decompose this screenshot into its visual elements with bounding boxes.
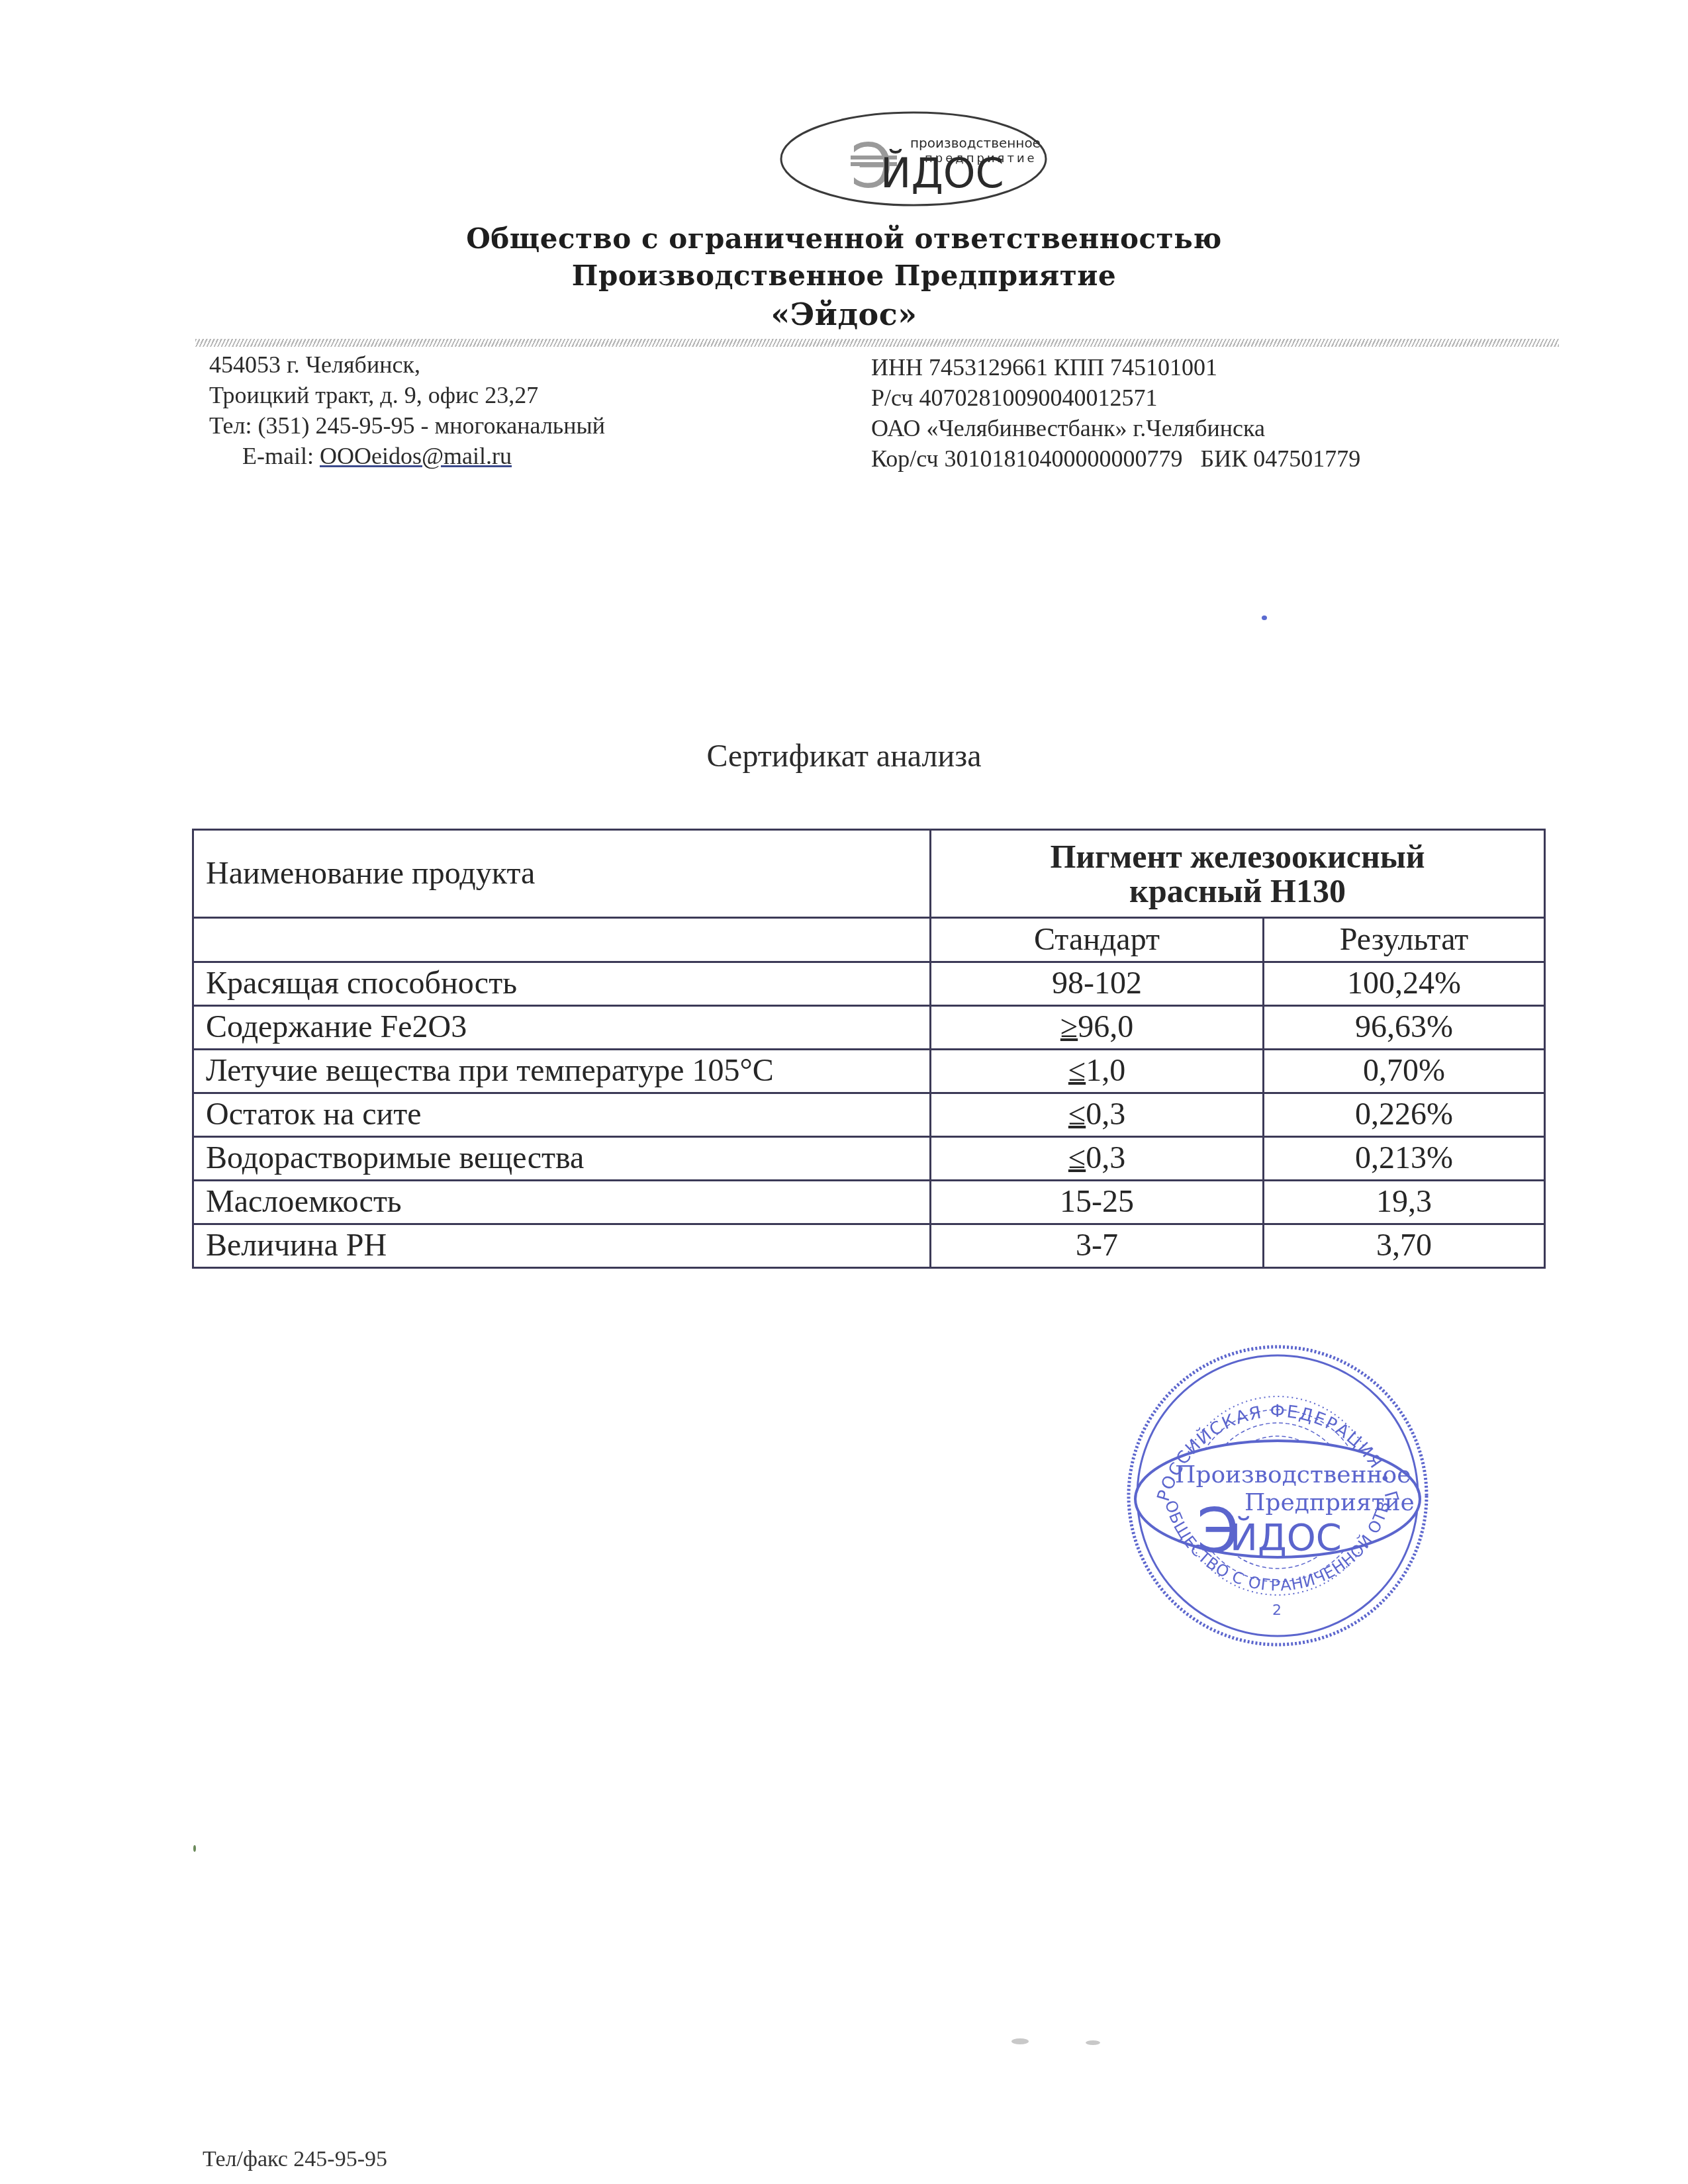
result-cell: 3,70 xyxy=(1264,1224,1545,1268)
result-cell: 19,3 xyxy=(1264,1181,1545,1224)
svg-text:Производственное: Производственное xyxy=(1175,1461,1411,1488)
standard-cell: ≤0,3 xyxy=(931,1137,1264,1181)
standard-value: 15-25 xyxy=(1060,1184,1134,1219)
company-logo: Э ЙДОС производственное предприятие xyxy=(778,109,1049,208)
parameter-cell: Содержание Fe2O3 xyxy=(193,1006,931,1050)
standard-cell: 98-102 xyxy=(931,962,1264,1006)
table-row: Остаток на сите≤0,30,226% xyxy=(193,1093,1545,1137)
email-label: E-mail: xyxy=(242,443,320,469)
parameter-cell: Летучие вещества при температуре 105°С xyxy=(193,1050,931,1093)
seal-stamp-icon: РОССИЙСКАЯ ФЕДЕРАЦИЯ • Г. ЧЕЛЯБИНСК ОБЩЕ… xyxy=(1119,1337,1436,1648)
standard-cell: 15-25 xyxy=(931,1181,1264,1224)
standard-value: 96,0 xyxy=(1078,1009,1133,1044)
table-row: Содержание Fe2O3≥96,096,63% xyxy=(193,1006,1545,1050)
result-cell: 100,24% xyxy=(1264,962,1545,1006)
standard-value: 1,0 xyxy=(1086,1053,1125,1088)
parameter-cell: Маслоемкость xyxy=(193,1181,931,1224)
scan-speck xyxy=(193,1845,196,1852)
email-line: E-mail: OOOeidos@mail.ru xyxy=(209,441,605,471)
bank-line: ОАО «Челябинвестбанк» г.Челябинска xyxy=(871,413,1360,443)
footer-fax: Тел/факс 245-95-95 xyxy=(203,2147,387,2172)
analysis-table: Наименование продукта Пигмент железоокис… xyxy=(192,829,1546,1269)
product-name: Пигмент железоокисный красный Н130 xyxy=(931,830,1545,918)
comparison-symbol: ≥ xyxy=(1060,1009,1078,1044)
table-row: Величина РН3-73,70 xyxy=(193,1224,1545,1268)
standard-cell: ≤0,3 xyxy=(931,1093,1264,1137)
parameter-cell: Величина РН xyxy=(193,1224,931,1268)
address-line-1: 454053 г. Челябинск, xyxy=(209,349,605,380)
table-row: Летучие вещества при температуре 105°С≤1… xyxy=(193,1050,1545,1093)
scan-speck xyxy=(1262,615,1267,620)
result-cell: 0,70% xyxy=(1264,1050,1545,1093)
phone-line: Тел: (351) 245-95-95 - многоканальный xyxy=(209,410,605,441)
product-row: Наименование продукта Пигмент железоокис… xyxy=(193,830,1545,918)
svg-text:ЙДОС: ЙДОС xyxy=(1230,1516,1342,1559)
comparison-symbol: ≤ xyxy=(1068,1097,1086,1132)
column-header-row: Стандарт Результат xyxy=(193,918,1545,962)
eidos-logo-icon: Э ЙДОС производственное предприятие xyxy=(778,109,1049,208)
standard-cell: 3-7 xyxy=(931,1224,1264,1268)
product-name-line-1: Пигмент железоокисный xyxy=(943,839,1532,874)
parameter-cell: Остаток на сите xyxy=(193,1093,931,1137)
standard-value: 98-102 xyxy=(1052,966,1142,1001)
scan-speck xyxy=(1086,2040,1100,2045)
account-line: Р/сч 40702810090040012571 xyxy=(871,383,1360,413)
standard-value: 0,3 xyxy=(1086,1140,1125,1175)
comparison-symbol: ≤ xyxy=(1068,1053,1086,1088)
standard-cell: ≤1,0 xyxy=(931,1050,1264,1093)
address-line-2: Троицкий тракт, д. 9, офис 23,27 xyxy=(209,380,605,410)
comparison-symbol: ≤ xyxy=(1068,1140,1086,1175)
svg-text:Предприятие: Предприятие xyxy=(1244,1489,1415,1516)
header-separator xyxy=(195,339,1559,347)
svg-text:производственное: производственное xyxy=(910,135,1041,151)
product-name-line-2: красный Н130 xyxy=(943,874,1532,909)
company-seal: РОССИЙСКАЯ ФЕДЕРАЦИЯ • Г. ЧЕЛЯБИНСК ОБЩЕ… xyxy=(1119,1337,1436,1648)
svg-text:2: 2 xyxy=(1272,1602,1282,1619)
corr-bik-line: Кор/сч 30101810400000000779 БИК 04750177… xyxy=(871,443,1360,474)
standard-cell: ≥96,0 xyxy=(931,1006,1264,1050)
bank-details-block: ИНН 7453129661 КПП 745101001 Р/сч 407028… xyxy=(871,352,1360,474)
parameter-cell: Водорастворимые вещества xyxy=(193,1137,931,1181)
standard-value: 3-7 xyxy=(1076,1228,1118,1263)
scan-speck xyxy=(1011,2038,1029,2044)
table-row: Красящая способность98-102100,24% xyxy=(193,962,1545,1006)
column-header-standard: Стандарт xyxy=(931,918,1264,962)
table-row: Маслоемкость15-2519,3 xyxy=(193,1181,1545,1224)
table-row: Водорастворимые вещества≤0,30,213% xyxy=(193,1137,1545,1181)
result-cell: 0,226% xyxy=(1264,1093,1545,1137)
contact-block: 454053 г. Челябинск, Троицкий тракт, д. … xyxy=(209,349,605,471)
inn-kpp-line: ИНН 7453129661 КПП 745101001 xyxy=(871,352,1360,383)
certificate-title: Сертификат анализа xyxy=(0,738,1688,774)
company-name-line-2: Производственное Предприятие xyxy=(0,259,1688,292)
company-name-line-1: Общество с ограниченной ответственностью xyxy=(0,222,1688,255)
standard-value: 0,3 xyxy=(1086,1097,1125,1132)
header-empty-cell xyxy=(193,918,931,962)
email-link[interactable]: OOOeidos@mail.ru xyxy=(320,443,512,469)
column-header-result: Результат xyxy=(1264,918,1545,962)
svg-text:предприятие: предприятие xyxy=(925,152,1037,165)
result-cell: 96,63% xyxy=(1264,1006,1545,1050)
product-label: Наименование продукта xyxy=(193,830,931,918)
parameter-cell: Красящая способность xyxy=(193,962,931,1006)
company-name-line-3: «Эйдос» xyxy=(0,296,1688,332)
result-cell: 0,213% xyxy=(1264,1137,1545,1181)
